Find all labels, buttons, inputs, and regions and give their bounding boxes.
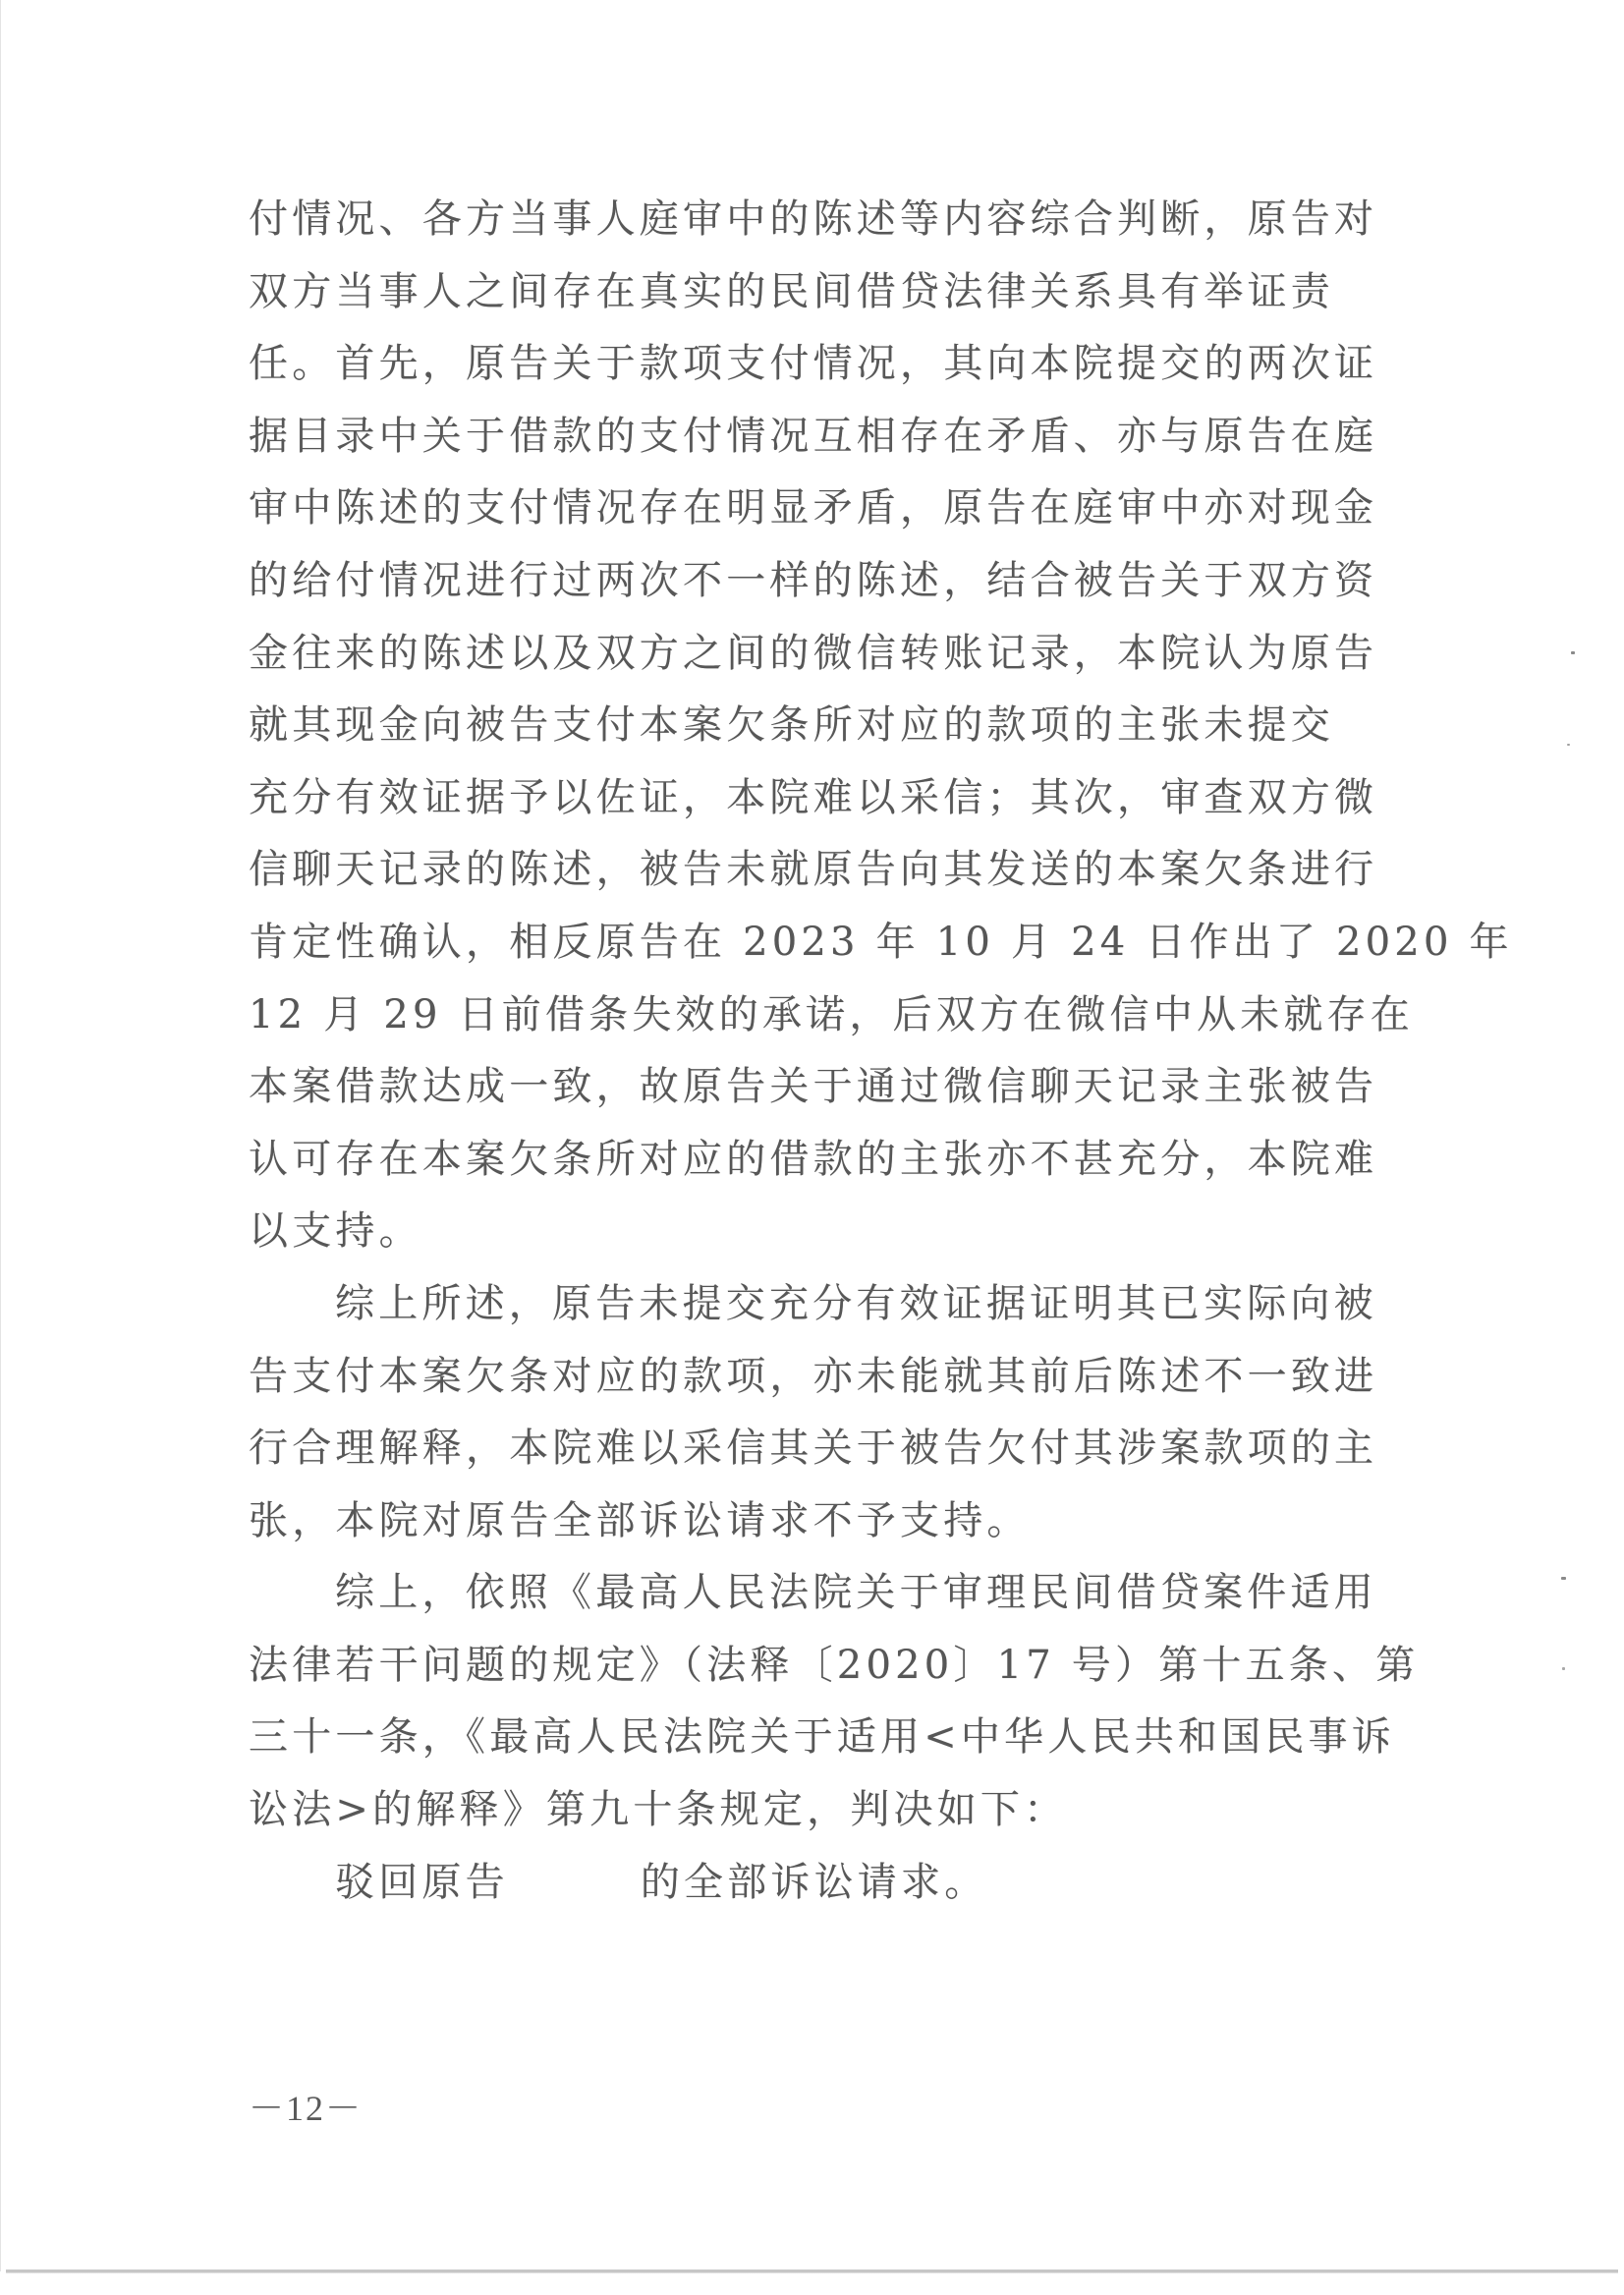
summary-paragraph-start: 综上所述，原告未提交充分有效证据证明其已实际向被: [249, 1277, 1378, 1350]
text-line: 以支持。: [249, 1204, 1378, 1277]
text-line: 任。首先，原告关于款项支付情况，其向本院提交的两次证: [249, 337, 1378, 410]
text-line: 12 月 29 日前借条失效的承诺，后双方在微信中从未就存在: [249, 988, 1378, 1061]
verdict-line: 驳回原告的全部诉讼请求。: [249, 1856, 1378, 1929]
text-line: 认可存在本案欠条所对应的借款的主张亦不甚充分，本院难: [249, 1133, 1378, 1205]
page-edge-divider: [6, 2269, 1618, 2273]
text-line: 据目录中关于借款的支付情况互相存在矛盾、亦与原告在庭: [249, 410, 1378, 482]
text-line: 充分有效证据予以佐证，本院难以采信；其次，审查双方微: [249, 771, 1378, 844]
text-line: 肯定性确认，相反原告在 2023 年 10 月 24 日作出了 2020 年: [249, 916, 1378, 988]
scan-speck: [1567, 744, 1570, 746]
text-line: 告支付本案欠条对应的款项，亦未能就其前后陈述不一致进: [249, 1350, 1378, 1423]
text-line: 三十一条，《最高人民法院关于适用<中华人民共和国民事诉: [249, 1710, 1378, 1783]
document-page: 付情况、各方当事人庭审中的陈述等内容综合判断，原告对 双方当事人之间存在真实的民…: [0, 0, 1624, 2271]
text-line: 双方当事人之间存在真实的民间借贷法律关系具有举证责: [249, 265, 1378, 338]
text-line: 就其现金向被告支付本案欠条所对应的款项的主张未提交: [249, 699, 1378, 771]
scan-speck: [1562, 1667, 1565, 1670]
text-line: 法律若干问题的规定》（法释〔2020〕17 号）第十五条、第: [249, 1639, 1378, 1711]
text-line: 行合理解释，本院难以采信其关于被告欠付其涉案款项的主: [249, 1422, 1378, 1494]
text-line: 讼法>的解释》第九十条规定，判决如下：: [249, 1783, 1378, 1856]
verdict-suffix: 的全部诉讼请求。: [641, 1860, 988, 1905]
judgment-body: 付情况、各方当事人庭审中的陈述等内容综合判断，原告对 双方当事人之间存在真实的民…: [249, 193, 1378, 1928]
text-line: 本案借款达成一致，故原告关于通过微信聊天记录主张被告: [249, 1060, 1378, 1133]
scan-speck: [1571, 651, 1575, 654]
legal-basis-paragraph-start: 综上，依照《最高人民法院关于审理民间借贷案件适用: [249, 1566, 1378, 1639]
text-line: 的给付情况进行过两次不一样的陈述，结合被告关于双方资: [249, 554, 1378, 627]
text-line: 金往来的陈述以及双方之间的微信转账记录，本院认为原告: [249, 627, 1378, 700]
scan-speck: [1561, 1577, 1566, 1580]
text-line: 付情况、各方当事人庭审中的陈述等内容综合判断，原告对: [249, 193, 1378, 265]
text-line: 信聊天记录的陈述，被告未就原告向其发送的本案欠条进行: [249, 843, 1378, 916]
page-number: －12－: [249, 2081, 363, 2131]
verdict-prefix: 驳回原告: [335, 1860, 509, 1905]
text-line: 张，本院对原告全部诉讼请求不予支持。: [249, 1494, 1378, 1567]
text-line: 审中陈述的支付情况存在明显矛盾，原告在庭审中亦对现金: [249, 481, 1378, 554]
